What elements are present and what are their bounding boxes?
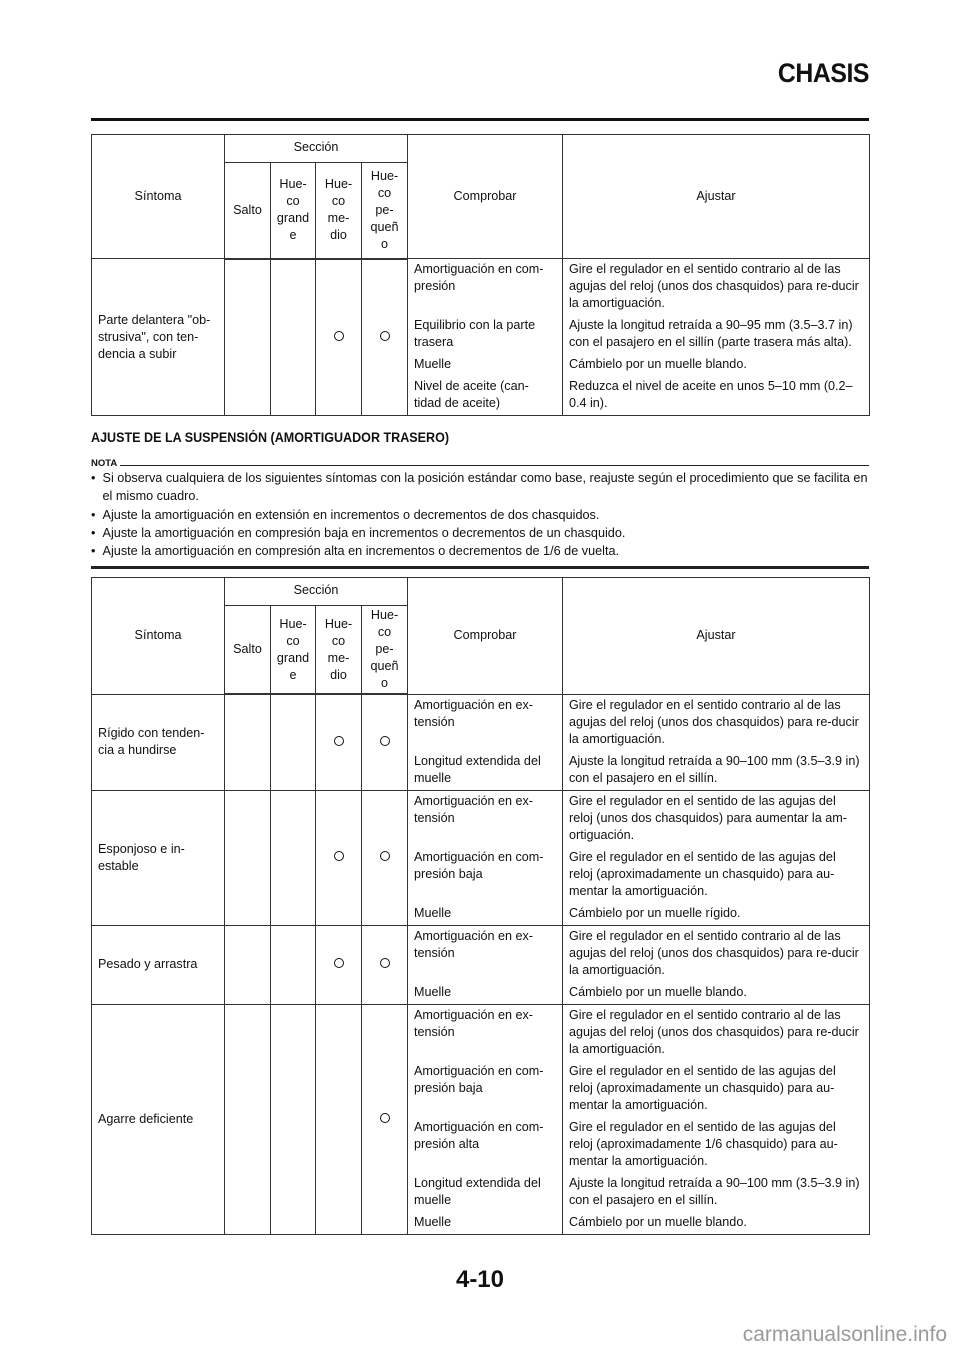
mark-cell-medium-gap [316,790,362,925]
mark-cell-medium-gap [316,259,362,416]
header-check: Comprobar [408,578,563,695]
adjust-item: Ajuste la longitud retraída a 90–100 mm … [563,751,869,790]
header-check: Comprobar [408,135,563,259]
table-row: Pesado y arrastraAmortiguación en ex-ten… [92,925,870,1004]
check-item: Amortiguación en ex-tensión [408,695,562,751]
mark-cell-large-gap [271,1004,316,1234]
adjust-item: Gire el regulador en el sentido de las a… [563,1061,869,1117]
check-item: Longitud extendida del muelle [408,751,562,790]
watermark: carmanualsonline.info [743,1323,947,1347]
adjust-item: Cámbielo por un muelle blando. [563,982,869,1004]
check-cell: Amortiguación en ex-tensiónAmortiguación… [408,790,563,925]
note-item: Ajuste la amortiguación en compresión al… [91,542,879,560]
adjust-cell: Gire el regulador en el sentido de las a… [563,790,870,925]
table-row: Agarre deficienteAmortiguación en ex-ten… [92,1004,870,1234]
check-item: Nivel de aceite (can-tidad de aceite) [408,376,562,415]
check-item: Muelle [408,982,562,1004]
header-section: Sección [225,578,408,606]
check-item: Equilibrio con la parte trasera [408,315,562,354]
page-section-title: CHASIS [778,58,869,89]
note-item: Si observa cualquiera de los siguientes … [91,469,879,506]
check-cell: Amortiguación en ex-tensiónMuelle [408,925,563,1004]
note-rule [120,465,869,466]
adjust-item: Gire el regulador en el sentido contrari… [563,259,869,315]
check-cell: Amortiguación en ex-tensiónAmortiguación… [408,1004,563,1234]
circle-mark-icon [380,1113,390,1123]
check-item: Amortiguación en com-presión alta [408,1117,562,1173]
mark-cell-jump [225,694,271,790]
note-item: Ajuste la amortiguación en extensión en … [91,506,879,524]
table-header: Síntoma Sección Comprobar Ajustar Salto … [92,578,870,695]
note-item: Ajuste la amortiguación en compresión ba… [91,524,879,542]
adjust-item: Cámbielo por un muelle blando. [563,1212,869,1234]
symptom-cell: Esponjoso e in-estable [92,790,225,925]
check-item: Muelle [408,354,562,376]
circle-mark-icon [380,736,390,746]
note-end-rule [91,566,869,569]
header-symptom: Síntoma [92,135,225,259]
header-medium-gap: Hue-come-dio [316,606,362,695]
check-item: Amortiguación en com-presión [408,259,562,315]
table-body: Parte delantera "ob-strusiva", con ten-d… [92,259,870,416]
adjust-cell: Gire el regulador en el sentido contrari… [563,925,870,1004]
check-item: Amortiguación en ex-tensión [408,791,562,847]
adjust-item: Gire el regulador en el sentido contrari… [563,1005,869,1061]
mark-cell-small-gap [362,1004,408,1234]
mark-cell-medium-gap [316,925,362,1004]
adjust-item: Gire el regulador en el sentido de las a… [563,1117,869,1173]
symptom-cell: Rígido con tenden-cia a hundirse [92,694,225,790]
mark-cell-large-gap [271,925,316,1004]
mark-cell-small-gap [362,259,408,416]
note-list: Si observa cualquiera de los siguientes … [91,469,869,560]
adjust-item: Gire el regulador en el sentido contrari… [563,695,869,751]
header-adjust: Ajustar [563,578,870,695]
mark-cell-small-gap [362,694,408,790]
header-adjust: Ajustar [563,135,870,259]
mark-cell-medium-gap [316,694,362,790]
symptom-cell: Pesado y arrastra [92,925,225,1004]
adjust-cell: Gire el regulador en el sentido contrari… [563,259,870,416]
symptom-cell: Parte delantera "ob-strusiva", con ten-d… [92,259,225,416]
adjust-cell: Gire el regulador en el sentido contrari… [563,694,870,790]
header-small-gap: Hue-cope-queño [362,606,408,695]
adjust-item: Ajuste la longitud retraída a 90–100 mm … [563,1173,869,1212]
page-number: 4-10 [0,1266,960,1294]
check-cell: Amortiguación en com-presiónEquilibrio c… [408,259,563,416]
mark-cell-jump [225,259,271,416]
check-item: Amortiguación en ex-tensión [408,926,562,982]
adjust-item: Ajuste la longitud retraída a 90–95 mm (… [563,315,869,354]
header-large-gap: Hue-cogrande [271,606,316,695]
header-small-gap: Hue-cope-queño [362,163,408,259]
circle-mark-icon [380,331,390,341]
table-body: Rígido con tenden-cia a hundirseAmortigu… [92,694,870,1234]
header-section: Sección [225,135,408,163]
circle-mark-icon [334,958,344,968]
mark-cell-large-gap [271,694,316,790]
adjust-item: Gire el regulador en el sentido contrari… [563,926,869,982]
mark-cell-large-gap [271,790,316,925]
mark-cell-jump [225,790,271,925]
header-rule [91,118,869,121]
adjust-item: Cámbielo por un muelle blando. [563,354,869,376]
circle-mark-icon [334,331,344,341]
mark-cell-medium-gap [316,1004,362,1234]
circle-mark-icon [380,851,390,861]
mark-cell-jump [225,925,271,1004]
check-item: Muelle [408,903,562,925]
table-header: Síntoma Sección Comprobar Ajustar Salto … [92,135,870,259]
section-heading: AJUSTE DE LA SUSPENSIÓN (AMORTIGUADOR TR… [91,430,449,445]
note-label: NOTA [91,459,117,469]
symptom-cell: Agarre deficiente [92,1004,225,1234]
table-row: Rígido con tenden-cia a hundirseAmortigu… [92,694,870,790]
adjust-item: Reduzca el nivel de aceite en unos 5–10 … [563,376,869,415]
header-large-gap: Hue-cogrande [271,163,316,259]
adjust-cell: Gire el regulador en el sentido contrari… [563,1004,870,1234]
header-jump: Salto [225,163,271,259]
mark-cell-small-gap [362,925,408,1004]
check-item: Amortiguación en com-presión baja [408,847,562,903]
check-item: Amortiguación en ex-tensión [408,1005,562,1061]
note-block: NOTA Si observa cualquiera de los siguie… [91,455,869,569]
rear-suspension-table: Síntoma Sección Comprobar Ajustar Salto … [91,577,870,1235]
table-row: Esponjoso e in-estableAmortiguación en e… [92,790,870,925]
mark-cell-jump [225,1004,271,1234]
header-symptom: Síntoma [92,578,225,695]
check-item: Longitud extendida del muelle [408,1173,562,1212]
adjust-item: Cámbielo por un muelle rígido. [563,903,869,925]
header-medium-gap: Hue-come-dio [316,163,362,259]
adjust-item: Gire el regulador en el sentido de las a… [563,847,869,903]
front-suspension-table: Síntoma Sección Comprobar Ajustar Salto … [91,134,870,416]
mark-cell-small-gap [362,790,408,925]
check-cell: Amortiguación en ex-tensiónLongitud exte… [408,694,563,790]
circle-mark-icon [334,736,344,746]
check-item: Amortiguación en com-presión baja [408,1061,562,1117]
check-item: Muelle [408,1212,562,1234]
circle-mark-icon [334,851,344,861]
table-row: Parte delantera "ob-strusiva", con ten-d… [92,259,870,416]
circle-mark-icon [380,958,390,968]
header-jump: Salto [225,606,271,695]
mark-cell-large-gap [271,259,316,416]
adjust-item: Gire el regulador en el sentido de las a… [563,791,869,847]
